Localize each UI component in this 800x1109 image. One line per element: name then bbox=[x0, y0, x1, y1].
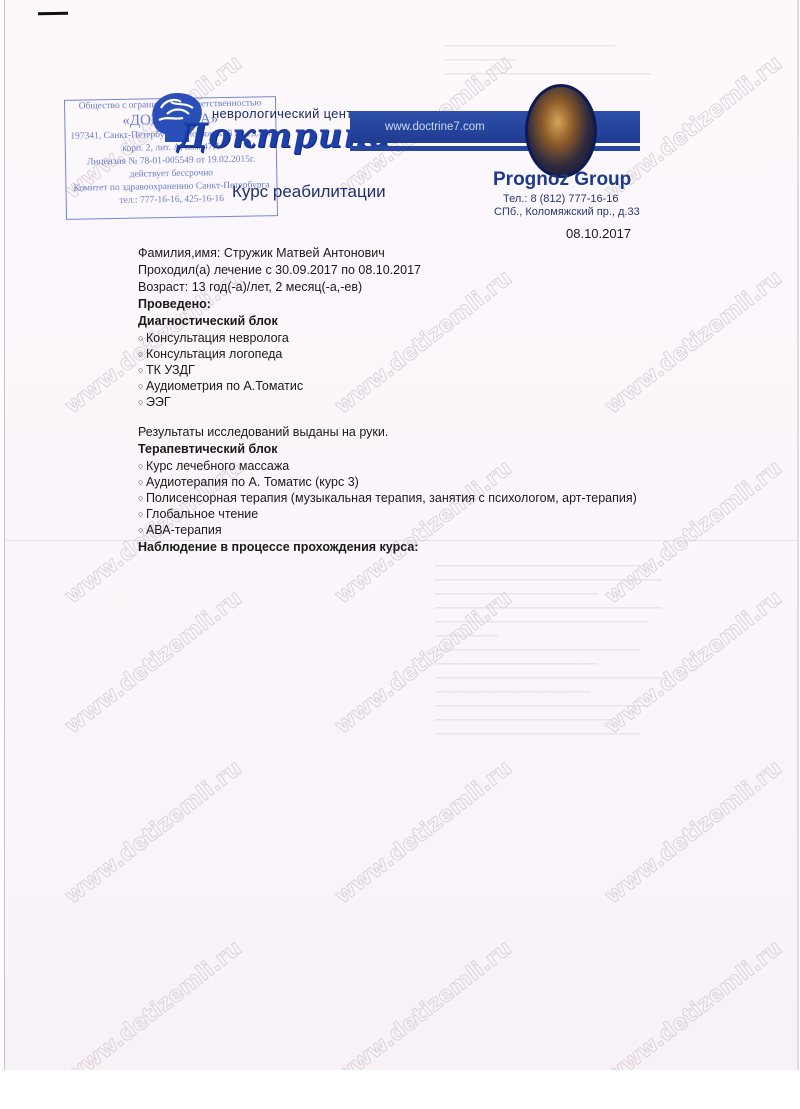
diagnostic-item: ТК УЗДГ bbox=[138, 362, 195, 379]
watermark: www.detizemli.ru bbox=[330, 936, 517, 1070]
partner-phone: Тел.: 8 (812) 777-16-16 bbox=[503, 193, 619, 205]
therapeutic-item: Полисенсорная терапия (музыкальная терап… bbox=[138, 490, 637, 507]
diagnostic-item: Консультация логопеда bbox=[138, 346, 282, 363]
partner-address: СПб., Коломяжский пр., д.33 bbox=[494, 206, 640, 218]
watermark: www.detizemli.ru bbox=[600, 756, 787, 909]
watermark: www.detizemli.ru bbox=[60, 756, 247, 909]
diagnostic-block-title: Диагностический блок bbox=[138, 313, 278, 329]
header-band-underline bbox=[350, 146, 640, 151]
website-link[interactable]: www.doctrine7.com bbox=[385, 121, 485, 133]
madonna-portrait-image bbox=[525, 84, 597, 178]
document-date: 08.10.2017 bbox=[566, 226, 631, 241]
scanned-page: ──────────────────────── ────────── ────… bbox=[4, 0, 799, 1070]
watermark: www.detizemli.ru bbox=[60, 586, 247, 739]
diagnostic-item: ЭЭГ bbox=[138, 394, 171, 411]
therapeutic-item: Глобальное чтение bbox=[138, 506, 258, 523]
performed-label: Проведено: bbox=[138, 296, 211, 312]
watermark: www.detizemli.ru bbox=[330, 756, 517, 909]
course-title: Курс реабилитации bbox=[232, 182, 386, 202]
therapeutic-item: Курс лечебного массажа bbox=[138, 458, 289, 475]
partner-name: Prognoz Group bbox=[493, 169, 631, 191]
scan-mark bbox=[38, 12, 68, 16]
treatment-period: Проходил(а) лечение с 30.09.2017 по 08.1… bbox=[138, 262, 421, 278]
therapeutic-block-title: Терапевтический блок bbox=[138, 441, 278, 457]
diagnostic-item: Аудиометрия по А.Томатис bbox=[138, 378, 303, 395]
patient-name: Фамилия,имя: Стружик Матвей Антонович bbox=[138, 245, 385, 261]
results-note: Результаты исследований выданы на руки. bbox=[138, 424, 388, 440]
observation-label: Наблюдение в процессе прохождения курса: bbox=[138, 539, 418, 555]
patient-age: Возраст: 13 год(-а)/лет, 2 месяц(-а,-ев) bbox=[138, 279, 362, 295]
therapeutic-item: АВА-терапия bbox=[138, 522, 222, 539]
watermark: www.detizemli.ru bbox=[600, 456, 787, 609]
therapeutic-item: Аудиотерапия по А. Томатис (курс 3) bbox=[138, 474, 359, 491]
watermark: www.detizemli.ru bbox=[600, 936, 787, 1070]
watermark: www.detizemli.ru bbox=[600, 266, 787, 419]
watermark: www.detizemli.ru bbox=[60, 936, 247, 1070]
diagnostic-item: Консультация невролога bbox=[138, 330, 289, 347]
